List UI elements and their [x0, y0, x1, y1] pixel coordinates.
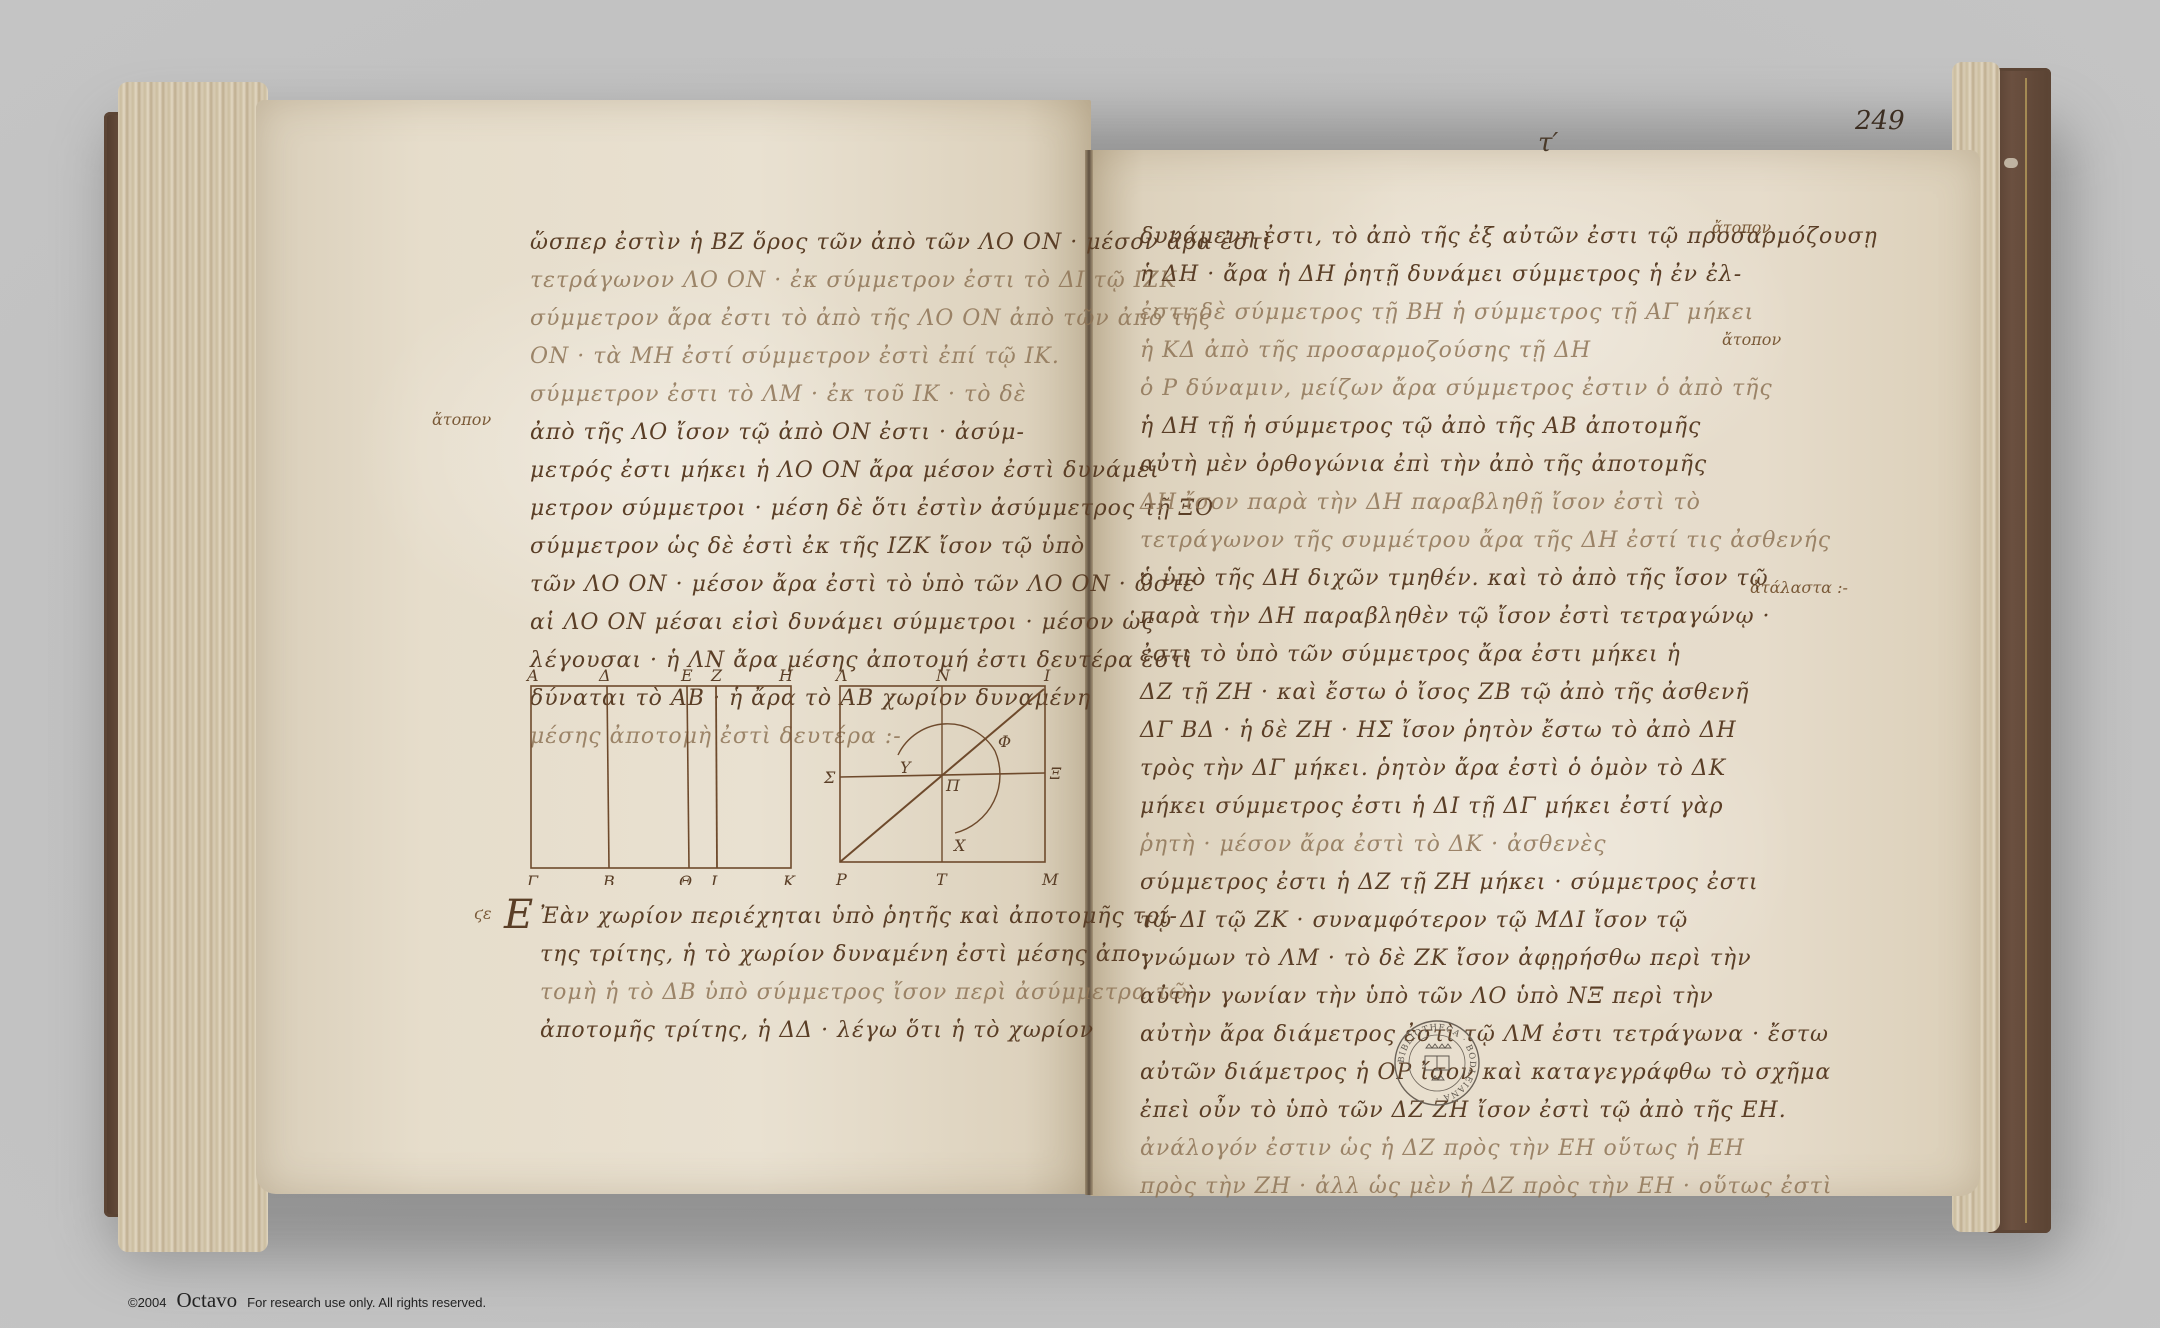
label-N: Ν: [935, 666, 951, 685]
text-line: ἐστι τὸ ὑπὸ τῶν σύμμετρος ἄρα ἐστι μήκει…: [1140, 636, 1710, 674]
text-line: παρὰ τὴν ΔΗ παραβληθὲν τῷ ἴσον ἐστὶ τετρ…: [1140, 598, 1710, 636]
text-line: τῷ ΔΙ τῷ ΖΚ · συναμφότερον τῷ ΜΔΙ ἴσον τ…: [1140, 902, 1710, 940]
label-E: Ε: [680, 666, 693, 685]
text-line: ἡ ΔΗ · ἄρα ἡ ΔΗ ῥητῇ δυνάμει σύμμετρος ἡ…: [1140, 256, 1710, 294]
label-B: Β: [602, 872, 615, 885]
label-Theta: Θ: [679, 872, 692, 885]
label-Lambda: Λ: [834, 666, 848, 685]
diagram-parallel-lines: Α Δ Ε Ζ Η Γ Β Θ Ι Κ: [515, 655, 815, 889]
folio-number: 249: [1855, 106, 1905, 136]
text-line: σύμμετρος ἐστι ἡ ΔΖ τῇ ΖΗ μήκει · σύμμετ…: [1140, 864, 1710, 902]
text-line: αὐτὴν γωνίαν τὴν ὑπὸ τῶν ΛΟ ὑπὸ ΝΞ περὶ …: [1140, 978, 1710, 1016]
label-I-corner: Ι: [1043, 666, 1051, 685]
text-line: ΔΗ ἴσον παρὰ τὴν ΔΗ παραβληθῇ ἴσον ἐστὶ …: [1140, 484, 1710, 522]
text-line: τρὸς τὴν ΔΓ μήκει. ῥητὸν ἄρα ἐστὶ ὁ ὁμὸν…: [1140, 750, 1710, 788]
text-line: μετρός ἐστι μήκει ἡ ΛΟ ΟΝ ἄρα μέσον ἐστὶ…: [530, 452, 1070, 490]
text-line: ἀπὸ τῆς ΛΟ ἴσον τῷ ἀπὸ ΟΝ ἐστι · ἀσύμ-: [530, 414, 1070, 452]
label-Delta: Δ: [598, 666, 611, 685]
label-K: Κ: [782, 872, 796, 885]
text-line: ὥσπερ ἐστὶν ἡ ΒΖ ὅρος τῶν ἀπὸ τῶν ΛΟ ΟΝ …: [530, 224, 1070, 262]
left-page-stack: [118, 82, 268, 1252]
text-line: σύμμετρον ἄρα ἐστι τὸ ἀπὸ τῆς ΛΟ ΟΝ ἀπὸ …: [530, 300, 1070, 338]
label-Z: Ζ: [710, 666, 723, 685]
text-line: Ἐὰν χωρίον περιέχηται ὑπὸ ῥητῆς καὶ ἀποτ…: [540, 898, 1080, 936]
copyright-footer: ©2004 Octavo For research use only. All …: [128, 1288, 486, 1313]
copyright-year: ©2004: [128, 1295, 167, 1310]
text-line: της τρίτης, ἡ τὸ χωρίον δυναμένη ἐστὶ μέ…: [540, 936, 1080, 974]
text-line: τῶν ΛΟ ΟΝ · μέσον ἄρα ἐστὶ τὸ ὑπὸ τῶν ΛΟ…: [530, 566, 1070, 604]
text-line: μήκει σύμμετρος ἐστι ἡ ΔΙ τῇ ΔΓ μήκει ἐσ…: [1140, 788, 1710, 826]
brand-logo: Octavo: [177, 1288, 238, 1313]
text-line: τομὴ ἡ τὸ ΔΒ ὑπὸ σύμμετρος ἴσον περὶ ἀσύ…: [540, 974, 1080, 1012]
text-line: ὁ ὑπὸ τῆς ΔΗ διχῶν τμηθέν. καὶ τὸ ἀπὸ τῆ…: [1140, 560, 1710, 598]
left-margin-note: ἄτοπον: [432, 410, 491, 429]
label-T: Τ: [936, 870, 948, 885]
text-line: ἡ ΚΔ ἀπὸ τῆς προσαρμοζούσης τῇ ΔΗ: [1140, 332, 1710, 370]
initial-letter: Ε: [504, 892, 533, 938]
label-I: Ι: [710, 872, 718, 885]
diagram-gnomon: Λ Ν Ι Σ Π Ξ Ρ Τ Μ Υ Φ Χ: [820, 655, 1100, 889]
text-line: ῥητὴ · μέσον ἄρα ἐστὶ τὸ ΔΚ · ἀσθενὲς: [1140, 826, 1710, 864]
text-line: αἱ ΛΟ ΟΝ μέσαι εἰσὶ δυνάμει σύμμετροι · …: [530, 604, 1070, 642]
text-line: ΔΓ ΒΔ · ἡ δὲ ΖΗ · ΗΣ ἴσον ῥητὸν ἔστω τὸ …: [1140, 712, 1710, 750]
label-Xi: Ξ: [1049, 764, 1062, 783]
label-H: Η: [778, 666, 794, 685]
left-lower-text: Ἐὰν χωρίον περιέχηται ὑπὸ ῥητῆς καὶ ἀποτ…: [540, 898, 1080, 1050]
clasp: [2004, 158, 2018, 168]
text-line: ὁ Ρ δύναμιν, μείζων ἄρα σύμμετρος ἐστιν …: [1140, 370, 1710, 408]
text-line: γνώμων τὸ ΛΜ · τὸ δὲ ΖΚ ἴσον ἀφῃρήσθω πε…: [1140, 940, 1710, 978]
text-line: αὐτὴ μὲν ὀρθογώνια ἐπὶ τὴν ἀπὸ τῆς ἀποτο…: [1140, 446, 1710, 484]
text-line: ΟΝ · τὰ ΜΗ ἐστί σύμμετρον ἐστὶ ἐπί τῷ ΙΚ…: [530, 338, 1070, 376]
label-M: Μ: [1041, 870, 1059, 885]
label-Phi: Φ: [998, 732, 1011, 751]
text-line: μετρον σύμμετροι · μέση δὲ ὅτι ἐστὶν ἀσύ…: [530, 490, 1070, 528]
proposition-number: ϛε: [474, 904, 492, 923]
right-margin-note-2: ἄτοπον: [1722, 330, 1781, 349]
text-line: πρὸς τὴν ΖΗ · ἀλλ ὡς μὲν ἡ ΔΖ πρὸς τὴν Ε…: [1140, 1168, 1710, 1206]
text-line: ἐστι δὲ σύμμετρος τῇ ΒΗ ἡ σύμμετρος τῇ Α…: [1140, 294, 1710, 332]
label-Pi: Π: [945, 776, 961, 795]
label-A: Α: [525, 666, 539, 685]
label-Gamma: Γ: [526, 872, 539, 885]
label-Sigma: Σ: [823, 768, 836, 787]
text-line: ἀνάλογόν ἐστιν ὡς ἡ ΔΖ πρὸς τὴν ΕΗ οὕτως…: [1140, 1130, 1710, 1168]
text-line: ἡ ΔΗ τῇ ἡ σύμμετρος τῷ ἀπὸ τῆς ΑΒ ἀποτομ…: [1140, 408, 1710, 446]
text-line: δυνάμενη ἐστι, τὸ ἀπὸ τῆς ἐξ αὐτῶν ἐστι …: [1140, 218, 1710, 256]
header-mark: τ′: [1538, 128, 1558, 158]
label-Chi: Χ: [952, 836, 966, 855]
text-line: ΔΖ τῇ ΖΗ · καὶ ἔστω ὁ ἴσος ΖΒ τῷ ἀπὸ τῆς…: [1140, 674, 1710, 712]
text-line: σύμμετρον ὡς δὲ ἐστὶ ἐκ τῆς ΙΖΚ ἴσον τῷ …: [530, 528, 1070, 566]
label-Upsilon: Υ: [900, 758, 912, 777]
text-line: τετράγωνον ΛΟ ΟΝ · ἐκ σύμμετρον ἐστι τὸ …: [530, 262, 1070, 300]
usage-notice: For research use only. All rights reserv…: [247, 1295, 486, 1310]
label-Rho: Ρ: [835, 870, 847, 885]
text-line: τετράγωνον τῆς συμμέτρου ἄρα τῆς ΔΗ ἐστί…: [1140, 522, 1710, 560]
text-line: ἀποτομῆς τρίτης, ἡ ΔΔ · λέγω ὅτι ἡ τὸ χω…: [540, 1012, 1080, 1050]
bodleian-library-stamp: BIBLIOTHECA · BODLEIANA ·: [1392, 1018, 1482, 1108]
text-line: σύμμετρον ἐστι τὸ ΛΜ · ἐκ τοῦ ΙΚ · τὸ δὲ: [530, 376, 1070, 414]
